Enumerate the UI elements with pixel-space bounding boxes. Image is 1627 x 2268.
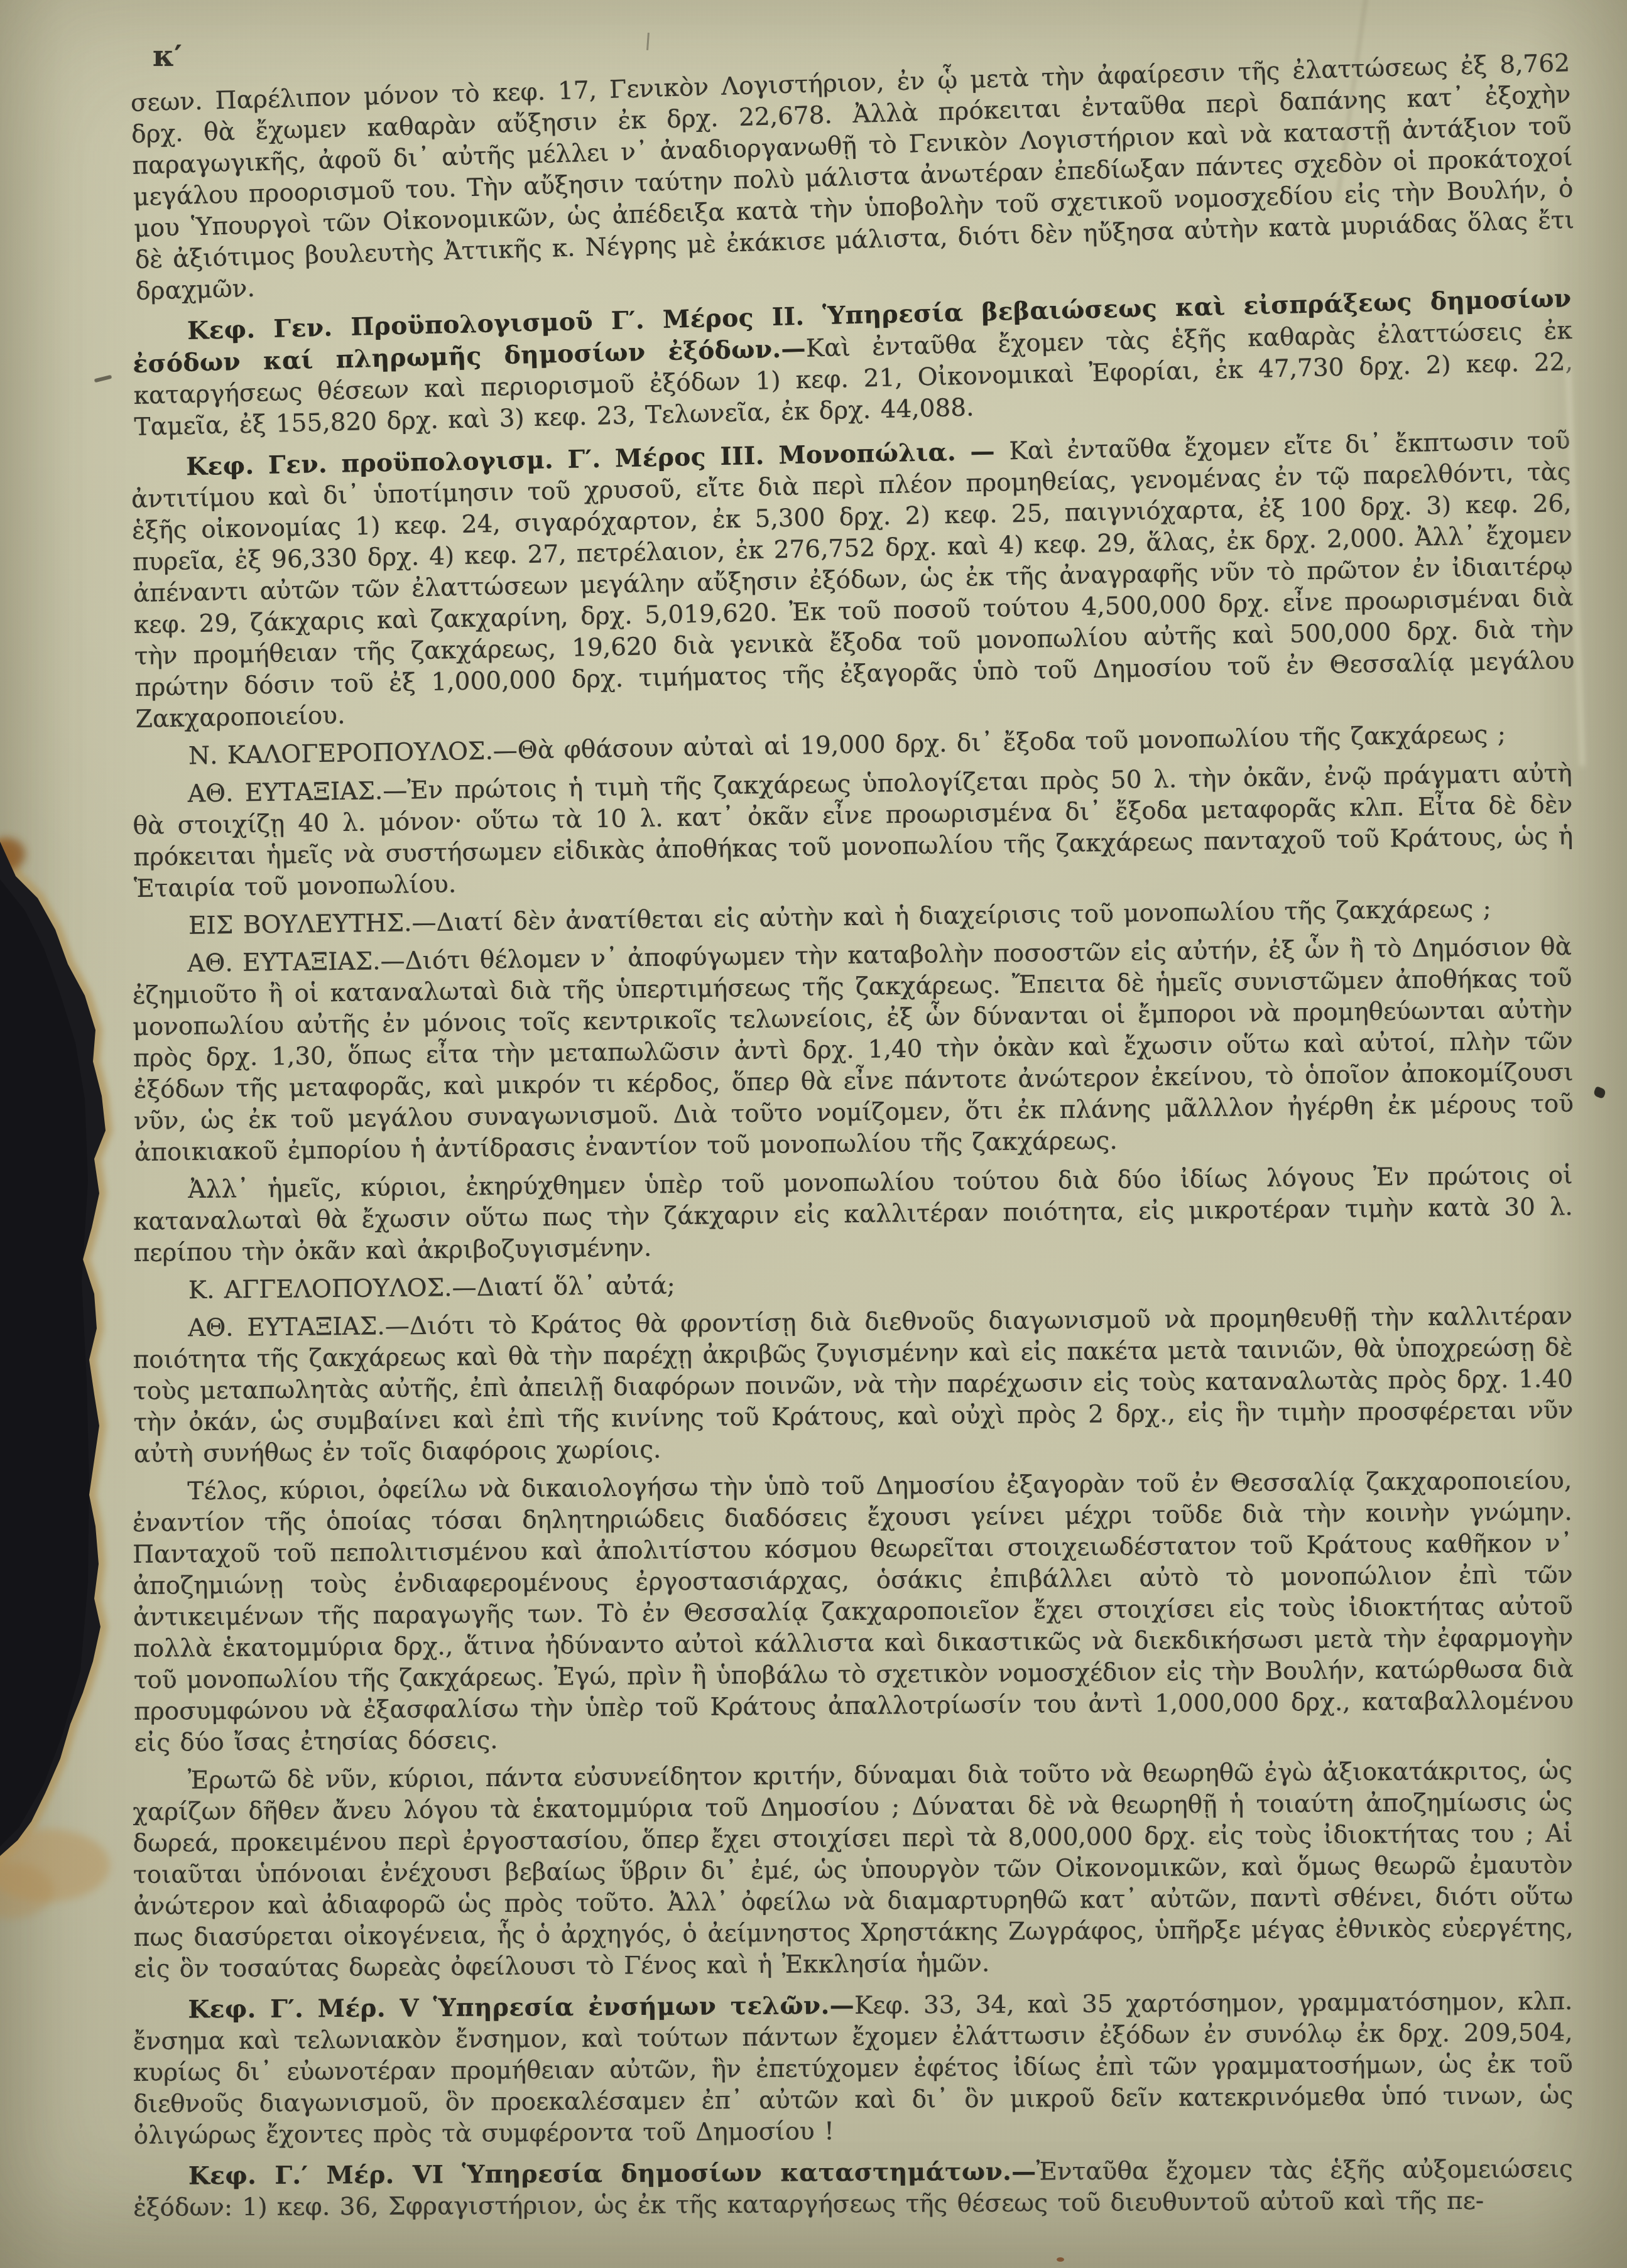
paragraph-text: Κ. ΑΓΓΕΛΟΠΟΥΛΟΣ.—Διατί ὅλ᾽ αὐτά; bbox=[188, 1272, 675, 1305]
section-paragraph: Κεφ. Γεν. Προϋπολογισμοῦ Γ′. Μέρος ΙΙ. Ὑ… bbox=[132, 283, 1574, 443]
section-heading: Κεφ. Γ.′ Μέρ. VI Ὑπηρεσία δημοσίων κατασ… bbox=[188, 2157, 1037, 2190]
speech-paragraph: Κ. ΑΓΓΕΛΟΠΟΥΛΟΣ.—Διατί ὅλ᾽ αὐτά; bbox=[133, 1262, 1573, 1307]
paragraph-text: ΑΘ. ΕΥΤΑΞΙΑΣ.—Διότι θέλομεν ν᾽ ἀποφύγωμε… bbox=[132, 933, 1574, 1167]
paragraph-text: Τέλος, κύριοι, ὀφείλω νὰ δικαιολογήσω τὴ… bbox=[133, 1467, 1574, 1757]
speech-paragraph: ΑΘ. ΕΥΤΑΞΙΑΣ.—Διότι θέλομεν ν᾽ ἀποφύγωμε… bbox=[132, 931, 1574, 1169]
section-paragraph: Κεφ. Γεν. προϋπολογισμ. Γ′. Μέρος ΙΙΙ. Μ… bbox=[131, 425, 1575, 735]
ink-blot bbox=[1593, 1086, 1606, 1099]
speech-paragraph: ΑΘ. ΕΥΤΑΞΙΑΣ.—Διότι τὸ Κράτος θὰ φροντίσ… bbox=[133, 1301, 1574, 1470]
paragraph-text: Ἐρωτῶ δὲ νῦν, κύριοι, πάντα εὐσυνείδητον… bbox=[133, 1757, 1574, 1983]
scanned-document-page: κ′ σεων. Παρέλιπον μόνον τὸ κεφ. 17, Γεν… bbox=[0, 0, 1627, 2268]
paragraph-text: ΑΘ. ΕΥΤΑΞΙΑΣ.—Ἐν πρώτοις ἡ τιμὴ τῆς ζακχ… bbox=[133, 759, 1573, 903]
paragraph-text: ΑΘ. ΕΥΤΑΞΙΑΣ.—Διότι τὸ Κράτος θὰ φροντίσ… bbox=[133, 1302, 1573, 1468]
paragraph: Τέλος, κύριοι, ὀφείλω νὰ δικαιολογήσω τὴ… bbox=[132, 1465, 1574, 1759]
paragraph: Ἀλλ᾽ ἡμεῖς, κύριοι, ἐκηρύχθημεν ὑπὲρ τοῦ… bbox=[133, 1160, 1573, 1269]
text-column: σεων. Παρέλιπον μόνον τὸ κεφ. 17, Γενικὸ… bbox=[133, 88, 1573, 2230]
paragraph-text: ΕΙΣ ΒΟΥΛΕΥΤΗΣ.—Διατί δὲν ἀνατίθεται εἰς … bbox=[188, 895, 1491, 940]
ink-dash-mark bbox=[94, 375, 112, 383]
section-paragraph: Κεφ. Γ′. Μέρ. V Ὑπηρεσία ἐνσήμων τελῶν.—… bbox=[133, 1985, 1573, 2152]
paragraph-text: σεων. Παρέλιπον μόνον τὸ κεφ. 17, Γενικὸ… bbox=[130, 49, 1574, 306]
paragraph: Ἐρωτῶ δὲ νῦν, κύριοι, πάντα εὐσυνείδητον… bbox=[133, 1755, 1574, 1985]
paper-speck bbox=[1057, 2257, 1064, 2262]
page-number: κ′ bbox=[153, 39, 182, 73]
paragraph: σεων. Παρέλιπον μόνον τὸ κεφ. 17, Γενικὸ… bbox=[130, 48, 1575, 308]
paragraph-text: Ἀλλ᾽ ἡμεῖς, κύριοι, ἐκηρύχθημεν ὑπὲρ τοῦ… bbox=[133, 1161, 1573, 1267]
hairline-mark bbox=[646, 33, 650, 50]
speech-paragraph: ΑΘ. ΕΥΤΑΞΙΑΣ.—Ἐν πρώτοις ἡ τιμὴ τῆς ζακχ… bbox=[133, 758, 1574, 905]
section-heading: Κεφ. Γ′. Μέρ. V Ὑπηρεσία ἐνσήμων τελῶν.— bbox=[188, 1991, 854, 2024]
section-paragraph: Κεφ. Γ.′ Μέρ. VI Ὑπηρεσία δημοσίων κατασ… bbox=[133, 2153, 1573, 2224]
